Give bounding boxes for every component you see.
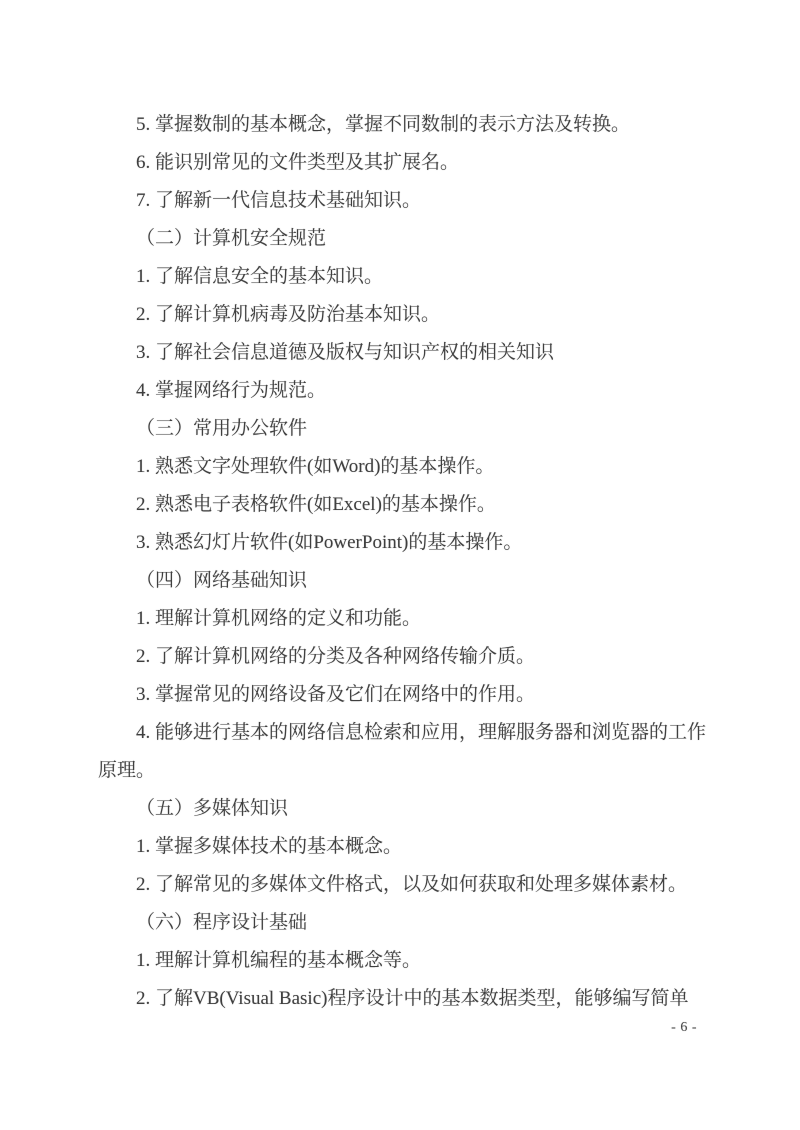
document-page: 5. 掌握数制的基本概念，掌握不同数制的表示方法及转换。6. 能识别常见的文件类… [0, 0, 800, 1130]
page-number: - 6 - [671, 1019, 697, 1037]
list-item-line: 6. 能识别常见的文件类型及其扩展名。 [98, 144, 726, 182]
section-heading: （五）多媒体知识 [98, 790, 726, 828]
list-item-line: 5. 掌握数制的基本概念，掌握不同数制的表示方法及转换。 [98, 106, 726, 144]
list-item-line: 3. 了解社会信息道德及版权与知识产权的相关知识 [98, 334, 726, 372]
section-heading: （四）网络基础知识 [98, 562, 726, 600]
list-item-line: 1. 理解计算机编程的基本概念等。 [98, 942, 726, 980]
section-heading: （三）常用办公软件 [98, 410, 726, 448]
section-heading: （六）程序设计基础 [98, 904, 726, 942]
list-item-line: 2. 了解计算机病毒及防治基本知识。 [98, 296, 726, 334]
list-item-line: 3. 掌握常见的网络设备及它们在网络中的作用。 [98, 676, 726, 714]
list-item-line: 2. 了解常见的多媒体文件格式，以及如何获取和处理多媒体素材。 [98, 866, 726, 904]
list-item-line: 7. 了解新一代信息技术基础知识。 [98, 182, 726, 220]
section-heading: （二）计算机安全规范 [98, 220, 726, 258]
list-item-line: 1. 掌握多媒体技术的基本概念。 [98, 828, 726, 866]
list-item-line: 1. 理解计算机网络的定义和功能。 [98, 600, 726, 638]
list-item-line: 1. 熟悉文字处理软件(如Word)的基本操作。 [98, 448, 726, 486]
list-item-line: 1. 了解信息安全的基本知识。 [98, 258, 726, 296]
document-body: 5. 掌握数制的基本概念，掌握不同数制的表示方法及转换。6. 能识别常见的文件类… [98, 106, 726, 1018]
paragraph-continuation-line: 原理。 [98, 752, 726, 790]
list-item-line: 3. 熟悉幻灯片软件(如PowerPoint)的基本操作。 [98, 524, 726, 562]
list-item-line: 4. 能够进行基本的网络信息检索和应用，理解服务器和浏览器的工作 [98, 714, 726, 752]
list-item-line: 4. 掌握网络行为规范。 [98, 372, 726, 410]
list-item-line: 2. 熟悉电子表格软件(如Excel)的基本操作。 [98, 486, 726, 524]
list-item-line: 2. 了解VB(Visual Basic)程序设计中的基本数据类型，能够编写简单 [98, 980, 726, 1018]
list-item-line: 2. 了解计算机网络的分类及各种网络传输介质。 [98, 638, 726, 676]
